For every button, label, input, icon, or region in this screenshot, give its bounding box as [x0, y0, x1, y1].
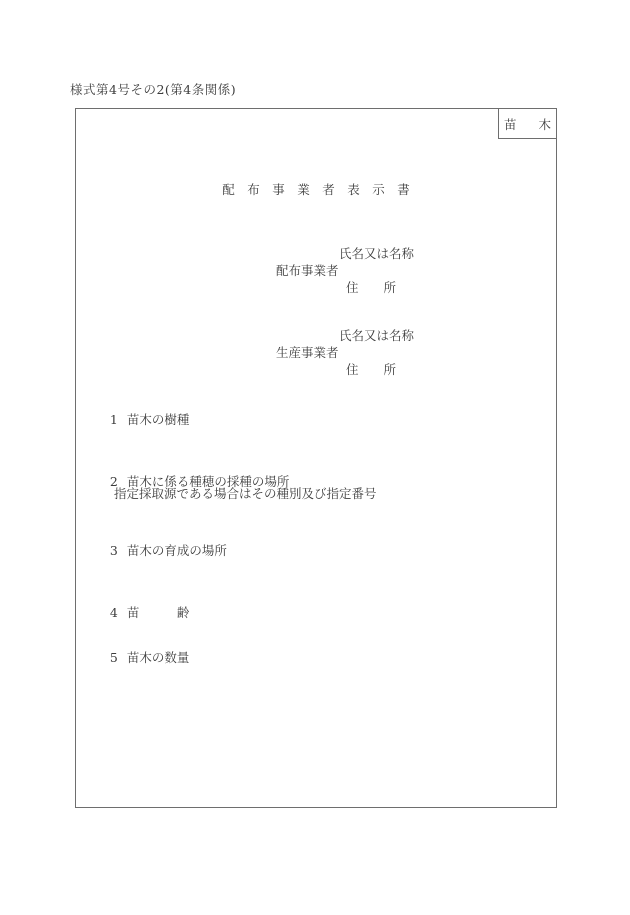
form-title: 配 布 事 業 者 表 示 書: [76, 183, 556, 197]
item-text: 苗木の数量: [127, 650, 190, 665]
distributor-address-label: 住 所: [346, 282, 396, 295]
distributor-label: 配布事業者: [276, 265, 339, 278]
item-number: 1: [110, 414, 127, 427]
item-tree-species: 1苗木の樹種: [86, 401, 189, 439]
item-number: 5: [110, 652, 127, 665]
item-text: 苗木の樹種: [127, 412, 190, 427]
distributor-name-label: 氏名又は名称: [339, 248, 414, 261]
producer-label: 生産事業者: [276, 347, 339, 360]
producer-address-label: 住 所: [346, 364, 396, 377]
item-seedling-quantity: 5苗木の数量: [86, 639, 189, 677]
item-number: 4: [110, 607, 127, 620]
item-number: 3: [110, 545, 127, 558]
seedling-corner-box: 苗 木: [498, 108, 557, 139]
form-border-box: 苗 木 配 布 事 業 者 表 示 書 氏名又は名称 配布事業者 住 所 氏名又…: [75, 108, 557, 808]
producer-name-label: 氏名又は名称: [339, 330, 414, 343]
corner-label-right: 木: [538, 115, 551, 133]
item-text: 苗木の育成の場所: [127, 543, 227, 558]
item-text: 苗 齢: [127, 605, 190, 620]
item-seed-collection-place-note: 指定採取源である場合はその種別及び指定番号: [114, 488, 377, 501]
item-growing-place: 3苗木の育成の場所: [86, 532, 227, 570]
form-number: 様式第4号その2(第4条関係): [70, 84, 236, 97]
corner-label-left: 苗: [504, 115, 517, 133]
form-page: 様式第4号その2(第4条関係) 苗 木 配 布 事 業 者 表 示 書 氏名又は…: [0, 0, 630, 915]
item-seedling-age: 4苗 齢: [86, 594, 189, 632]
